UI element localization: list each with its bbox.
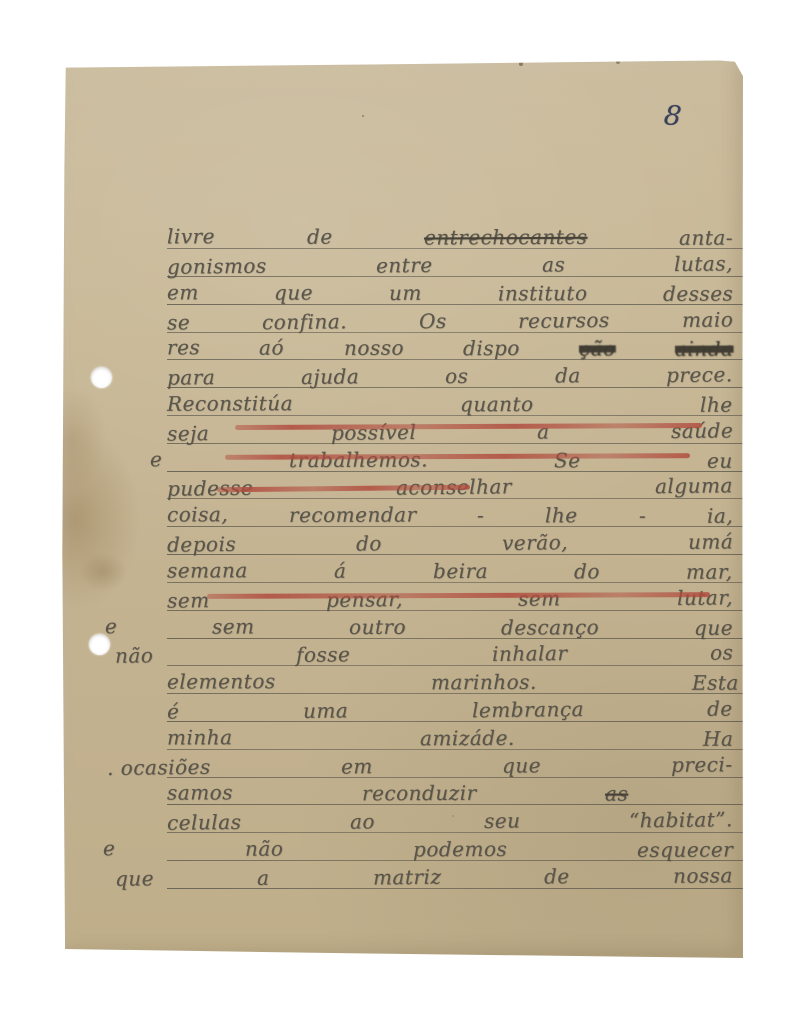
handwritten-word: sem bbox=[212, 612, 255, 640]
handwritten-word: á bbox=[334, 556, 347, 584]
handwritten-word: Os bbox=[419, 306, 447, 334]
manuscript-line: paraajudaosdaprece. bbox=[167, 361, 733, 392]
handwritten-word: um bbox=[389, 278, 422, 306]
handwritten-word: de bbox=[307, 223, 333, 251]
handwritten-word: os bbox=[709, 639, 733, 667]
manuscript-line: éumalembrançade bbox=[167, 694, 733, 725]
manuscript-line: . ocasiõesemquepreci- bbox=[107, 750, 733, 781]
manuscript-line: livredeentrechocantesanta- bbox=[167, 222, 733, 251]
handwritten-word: é bbox=[167, 697, 180, 725]
manuscript-line: celulasaoseu“habitat”. bbox=[167, 806, 733, 837]
manuscript-line: etrabalhemos.Seeu bbox=[150, 445, 733, 475]
handwritten-word: lutas, bbox=[674, 249, 733, 278]
handwritten-word: Se bbox=[554, 446, 581, 474]
handwritten-word: as bbox=[542, 250, 566, 278]
manuscript-line: minhaamizáde.Ha bbox=[167, 723, 733, 752]
handwritten-word: coisa, bbox=[167, 500, 228, 528]
handwritten-word: que bbox=[694, 613, 733, 641]
manuscript-line: gonismosentreaslutas, bbox=[167, 249, 733, 280]
handwritten-word: inhalar bbox=[492, 639, 568, 668]
handwritten-word: as bbox=[605, 780, 628, 808]
handwritten-word: ainda bbox=[675, 335, 734, 363]
handwritten-word: samos bbox=[167, 779, 233, 807]
handwritten-word: ajuda bbox=[301, 362, 360, 391]
handwritten-word: possível bbox=[330, 418, 416, 447]
manuscript-line: seconfina.Osrecursosmaio bbox=[167, 305, 733, 336]
handwritten-word: do bbox=[574, 557, 600, 585]
handwritten-word: que bbox=[502, 751, 541, 779]
handwritten-word: não bbox=[245, 835, 283, 863]
handwritten-word: prece. bbox=[666, 360, 733, 389]
handwritten-word: aó bbox=[259, 334, 284, 362]
manuscript-line: Reconstitúaquantolhe bbox=[167, 389, 733, 418]
handwritten-word: dispo bbox=[463, 334, 520, 362]
handwritten-word: preci- bbox=[671, 750, 733, 779]
handwritten-word: de bbox=[707, 694, 733, 722]
scan-background: 8 livredeentrechocantesanta-gonismosentr… bbox=[0, 0, 808, 1024]
handwritten-word: fosse bbox=[295, 640, 350, 669]
handwritten-word: depois bbox=[167, 530, 236, 559]
handwritten-word: desses bbox=[663, 279, 733, 307]
handwritten-word: matriz bbox=[373, 863, 442, 892]
handwritten-word: saúde bbox=[671, 416, 734, 445]
handwritten-word: seu bbox=[484, 807, 521, 835]
manuscript-line: emqueuminstitutodesses bbox=[167, 278, 733, 307]
handwritten-word: maio bbox=[681, 305, 733, 334]
handwritten-word: Esta bbox=[692, 669, 739, 697]
manuscript-line: elementosmarinhos.Esta bbox=[167, 667, 739, 696]
manuscript-line: samosreconduziras bbox=[167, 779, 628, 808]
handwritten-word: descanço bbox=[501, 613, 599, 641]
handwritten-word: do bbox=[356, 529, 382, 557]
handwritten-word: a bbox=[257, 864, 270, 892]
handwritten-word: lutar, bbox=[677, 583, 733, 612]
manuscript-paper: 8 livredeentrechocantesanta-gonismosentr… bbox=[62, 60, 743, 958]
handwritten-word: “habitat”. bbox=[629, 805, 733, 834]
handwritten-word: semana bbox=[167, 556, 248, 584]
handwritten-word: de bbox=[544, 862, 570, 890]
handwritten-word: recursos bbox=[518, 305, 610, 334]
handwritten-word: Reconstitúa bbox=[167, 389, 293, 418]
handwritten-word: lhe bbox=[545, 501, 578, 529]
handwritten-word: se bbox=[167, 308, 190, 336]
handwritten-word: elementos bbox=[167, 667, 276, 695]
handwritten-word: - bbox=[639, 502, 646, 530]
handwritten-word: anta- bbox=[679, 224, 733, 252]
manuscript-line: depoisdoverão,umá bbox=[167, 528, 733, 559]
manuscript-line: sempensar,semlutar, bbox=[167, 583, 733, 614]
handwritten-word: nossa bbox=[673, 861, 733, 890]
handwritten-word: res bbox=[167, 334, 200, 362]
handwritten-word: e bbox=[105, 612, 117, 640]
handwritten-word: lhe bbox=[700, 391, 733, 419]
handwritten-word: umá bbox=[688, 527, 734, 556]
handwritten-word: aconselhar bbox=[396, 473, 512, 502]
handwritten-word: ao bbox=[350, 807, 375, 835]
manuscript-lines: livredeentrechocantesanta-gonismosentrea… bbox=[62, 60, 743, 958]
manuscript-line: enãopodemosesquecer bbox=[103, 834, 733, 864]
handwritten-word: uma bbox=[303, 696, 349, 725]
handwritten-word: - bbox=[477, 501, 484, 529]
handwritten-word: podemos bbox=[413, 835, 507, 863]
manuscript-line: queamatrizdenossa bbox=[115, 861, 733, 892]
handwritten-word: e bbox=[150, 445, 162, 473]
manuscript-line: nãofosseinhalaros bbox=[115, 639, 733, 670]
handwritten-word: minha bbox=[167, 723, 233, 751]
handwritten-word: eu bbox=[707, 446, 733, 474]
handwritten-word: e bbox=[103, 834, 115, 862]
manuscript-line: pudesseaconselharalguma bbox=[167, 472, 733, 503]
handwritten-word: lembrança bbox=[472, 695, 584, 724]
handwritten-word: outro bbox=[349, 612, 406, 640]
handwritten-word: que bbox=[274, 278, 313, 306]
handwritten-word: . ocasiões bbox=[107, 752, 211, 781]
handwritten-word: verão, bbox=[502, 528, 568, 557]
handwritten-word: gonismos bbox=[167, 251, 267, 280]
handwritten-word: beira bbox=[433, 557, 488, 585]
handwritten-word: quanto bbox=[460, 390, 534, 418]
handwritten-word: ia, bbox=[707, 502, 733, 530]
handwritten-word: confina. bbox=[262, 307, 347, 336]
manuscript-line: semanaábeiradomar, bbox=[167, 556, 733, 585]
handwritten-word: em bbox=[167, 278, 199, 306]
handwritten-word: instituto bbox=[498, 279, 588, 307]
handwritten-word: Ha bbox=[703, 724, 733, 752]
handwritten-word: nosso bbox=[343, 334, 403, 362]
handwritten-word: não bbox=[115, 642, 154, 670]
handwritten-word: esquecer bbox=[637, 835, 733, 863]
manuscript-line: esemoutrodescançoque bbox=[105, 612, 733, 642]
handwritten-word: que bbox=[115, 864, 154, 892]
handwritten-word: os bbox=[445, 362, 469, 390]
handwritten-word: amizáde. bbox=[420, 724, 515, 752]
handwritten-word: entre bbox=[376, 251, 433, 280]
handwritten-word: da bbox=[555, 361, 581, 389]
handwritten-word: livre bbox=[167, 222, 215, 250]
handwritten-word: marinhos. bbox=[431, 668, 537, 696]
handwritten-word: celulas bbox=[167, 808, 242, 837]
handwritten-word: para bbox=[167, 363, 216, 392]
handwritten-word: reconduzir bbox=[361, 779, 476, 808]
handwritten-word: sem bbox=[518, 584, 561, 613]
manuscript-line: sejapossívelasaúde bbox=[167, 416, 733, 447]
handwritten-word: pensar, bbox=[325, 585, 402, 614]
handwritten-word: alguma bbox=[655, 472, 733, 501]
handwritten-word: entrechocantes bbox=[424, 223, 588, 252]
handwritten-word: recomendar bbox=[289, 501, 417, 530]
handwritten-word: seja bbox=[167, 419, 210, 448]
handwritten-word: trabalhemos. bbox=[289, 445, 428, 474]
handwritten-word: ção bbox=[579, 335, 616, 363]
handwritten-word: a bbox=[537, 417, 550, 445]
manuscript-line: resaónossodispoçãoainda bbox=[167, 334, 733, 363]
manuscript-line: coisa,recomendar-lhe-ia, bbox=[167, 500, 733, 529]
handwritten-word: sem bbox=[167, 586, 210, 615]
handwritten-word: pudesse bbox=[167, 474, 254, 503]
handwritten-word: em bbox=[340, 752, 372, 780]
handwritten-word: mar, bbox=[686, 557, 733, 585]
